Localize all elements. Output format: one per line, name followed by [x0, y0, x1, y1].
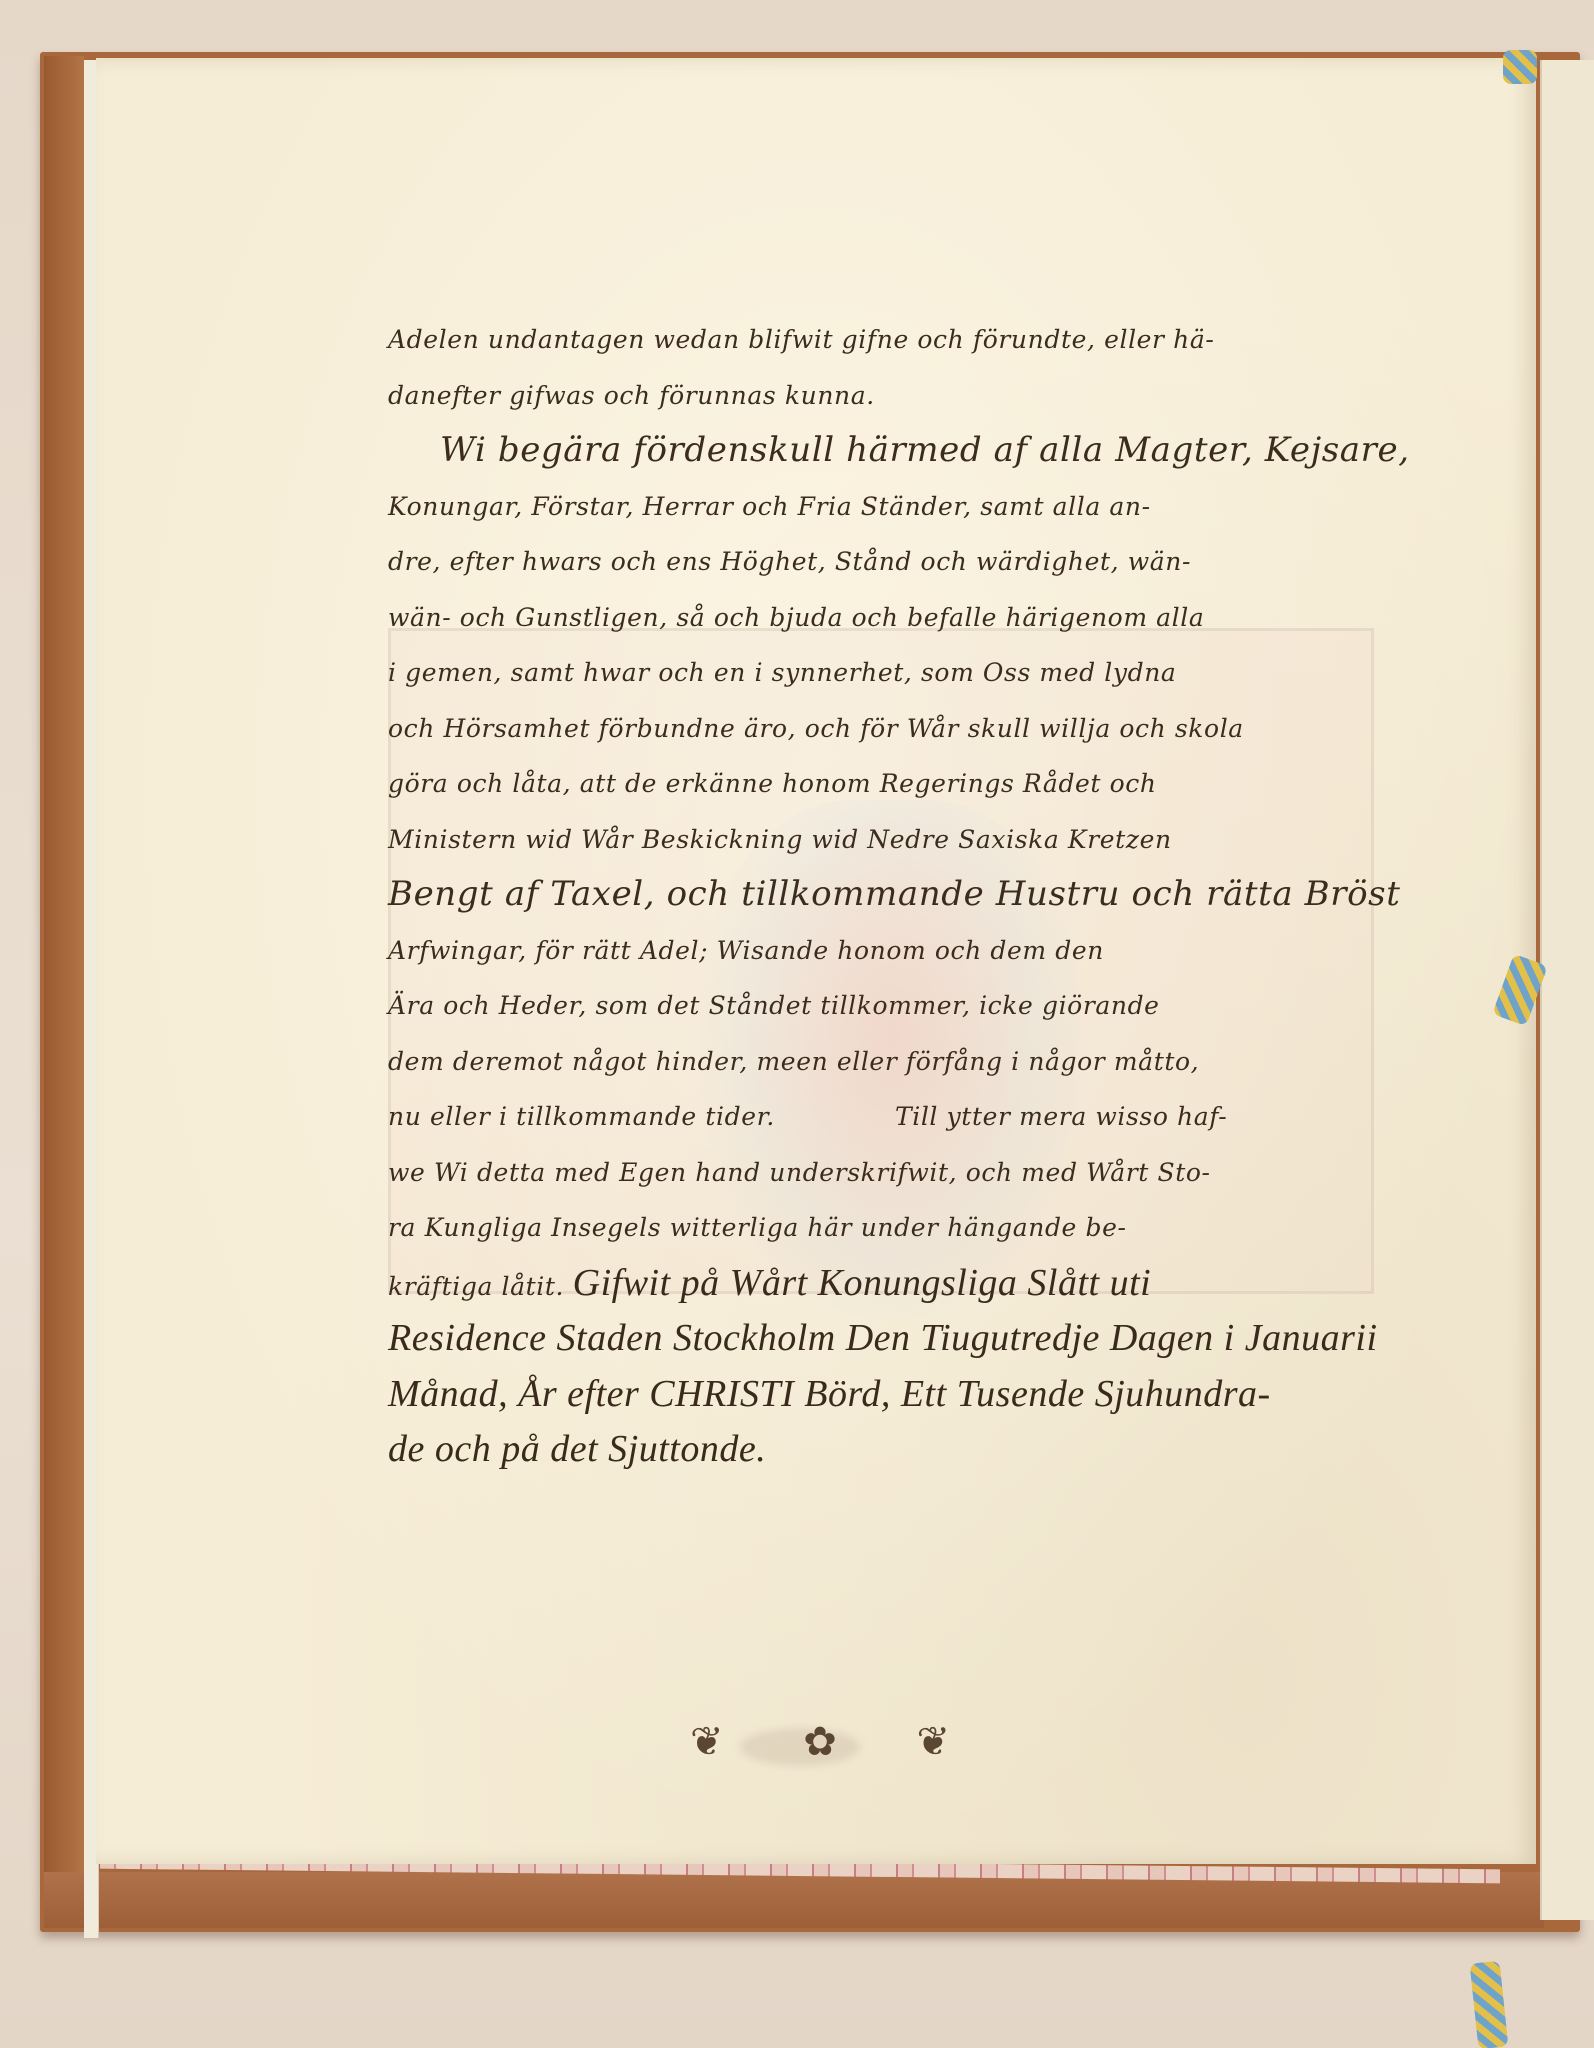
binding-left-edge	[44, 56, 84, 1928]
dating-formal-script: Månad, År efter CHRISTI Börd, Ett Tusend…	[388, 1367, 1398, 1423]
dating-formal-script: Residence Staden Stockholm Den Tiugutred…	[388, 1311, 1398, 1367]
text-line: Arfwingar, för rätt Adel; Wisande honom …	[388, 923, 1398, 979]
dating-formal-script: Gifwit på Wårt Konungsliga Slått uti	[573, 1262, 1152, 1304]
text-line-named-person: Bengt af Taxel, och tillkommande Hustru …	[388, 867, 1398, 923]
text-line: i gemen, samt hwar och en i synnerhet, s…	[388, 645, 1398, 701]
text-line: Konungar, Förstar, Herrar och Fria Ständ…	[388, 479, 1398, 535]
text-line-dating-start: kräftiga låtit. Gifwit på Wårt Konungsli…	[388, 1256, 1398, 1312]
text-line: och Hörsamhet förbundne äro, och för Wår…	[388, 701, 1398, 757]
seal-cord-top	[1503, 50, 1537, 84]
flower-sprig-ornament-icon: ❦	[916, 1719, 950, 1765]
text-line: göra och låta, att de erkänne honom Rege…	[388, 756, 1398, 812]
text-line-paragraph-start: Wi begära fördenskull härmed af alla Mag…	[388, 423, 1398, 479]
text-line: wän- och Gunstligen, så och bjuda och be…	[388, 590, 1398, 646]
text-fragment: nu eller i tillkommande tider.	[388, 1102, 775, 1131]
text-line: Adelen undantagen wedan blifwit gifne oc…	[388, 312, 1398, 368]
text-line: Ära och Heder, som det Ståndet tillkomme…	[388, 978, 1398, 1034]
text-line: Ministern wid Wår Beskickning wid Nedre …	[388, 812, 1398, 868]
text-line: dem deremot något hinder, meen eller för…	[388, 1034, 1398, 1090]
floral-ornaments: ❦ ✿ ❦	[690, 1702, 950, 1782]
text-line-closing: nu eller i tillkommande tider.Till ytter…	[388, 1089, 1398, 1145]
flower-sprig-ornament-icon: ❦	[690, 1719, 724, 1765]
text-fragment: kräftiga låtit.	[388, 1272, 564, 1301]
text-line: we Wi detta med Egen hand underskrifwit,…	[388, 1145, 1398, 1201]
text-line: dre, efter hwars och ens Höghet, Stånd o…	[388, 534, 1398, 590]
dating-formal-script: de och på det Sjuttonde.	[388, 1422, 1398, 1478]
text-line: danefter gifwas och förunnas kunna.	[388, 368, 1398, 424]
flower-sprig-ornament-icon: ✿	[803, 1719, 837, 1765]
facing-page-edge	[1540, 60, 1594, 1920]
text-line: ra Kungliga Insegels witterliga här unde…	[388, 1200, 1398, 1256]
manuscript-text-block: Adelen undantagen wedan blifwit gifne oc…	[388, 312, 1398, 1478]
closing-clause: Till ytter mera wisso haf-	[895, 1102, 1227, 1131]
